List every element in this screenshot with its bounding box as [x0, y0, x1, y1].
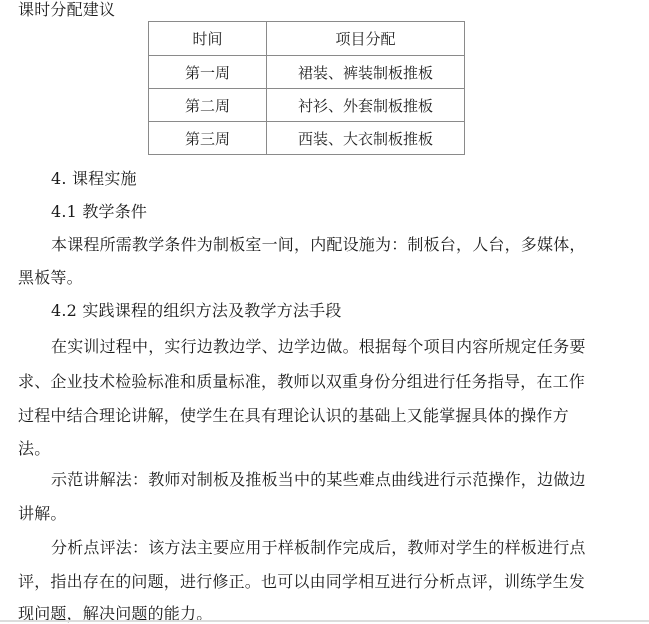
cell-week: 第一周 [149, 56, 267, 89]
cell-week: 第三周 [149, 122, 267, 155]
cell-project: 衬衫、外套制板推板 [267, 89, 465, 122]
page-bottom-divider [0, 620, 649, 622]
table-row: 第二周 衬衫、外套制板推板 [149, 89, 465, 122]
cell-project: 裙装、裤装制板推板 [267, 56, 465, 89]
cell-week: 第二周 [149, 89, 267, 122]
section-title: 课时分配建议 [18, 0, 115, 20]
paragraph-line: 示范讲解法：教师对制板及推板当中的某些难点曲线进行示范操作，边做边 [51, 470, 586, 490]
table-header-row: 时间 项目分配 [149, 22, 465, 56]
header-time: 时间 [149, 22, 267, 56]
header-project: 项目分配 [267, 22, 465, 56]
paragraph-line: 在实训过程中，实行边教边学、边学边做。根据每个项目内容所规定任务要 [51, 337, 586, 357]
cell-project: 西装、大衣制板推板 [267, 122, 465, 155]
paragraph-line: 求、企业技术检验标准和质量标准，教师以双重身份分组进行任务指导，在工作 [18, 372, 585, 392]
paragraph-line: 分析点评法：该方法主要应用于样板制作完成后，教师对学生的样板进行点 [51, 538, 586, 558]
heading-4: 4. 课程实施 [51, 169, 137, 189]
paragraph-line: 黑板等。 [18, 268, 83, 288]
paragraph-line: 过程中结合理论讲解，使学生在具有理论认识的基础上又能掌握具体的操作方 [18, 406, 569, 426]
heading-4-1: 4.1 教学条件 [51, 202, 147, 222]
heading-4-2: 4.2 实践课程的组织方法及教学方法手段 [51, 301, 342, 321]
paragraph-line: 评，指出存在的问题，进行修正。也可以由同学相互进行分析点评，训练学生发 [18, 572, 585, 592]
paragraph-line: 本课程所需教学条件为制板室一间，内配设施为：制板台，人台，多媒体， [51, 235, 586, 255]
paragraph-line: 讲解。 [18, 504, 67, 524]
table-row: 第三周 西装、大衣制板推板 [149, 122, 465, 155]
paragraph-line: 法。 [18, 439, 50, 459]
table-row: 第一周 裙装、裤装制板推板 [149, 56, 465, 89]
schedule-table: 时间 项目分配 第一周 裙装、裤装制板推板 第二周 衬衫、外套制板推板 第三周 … [148, 21, 465, 155]
